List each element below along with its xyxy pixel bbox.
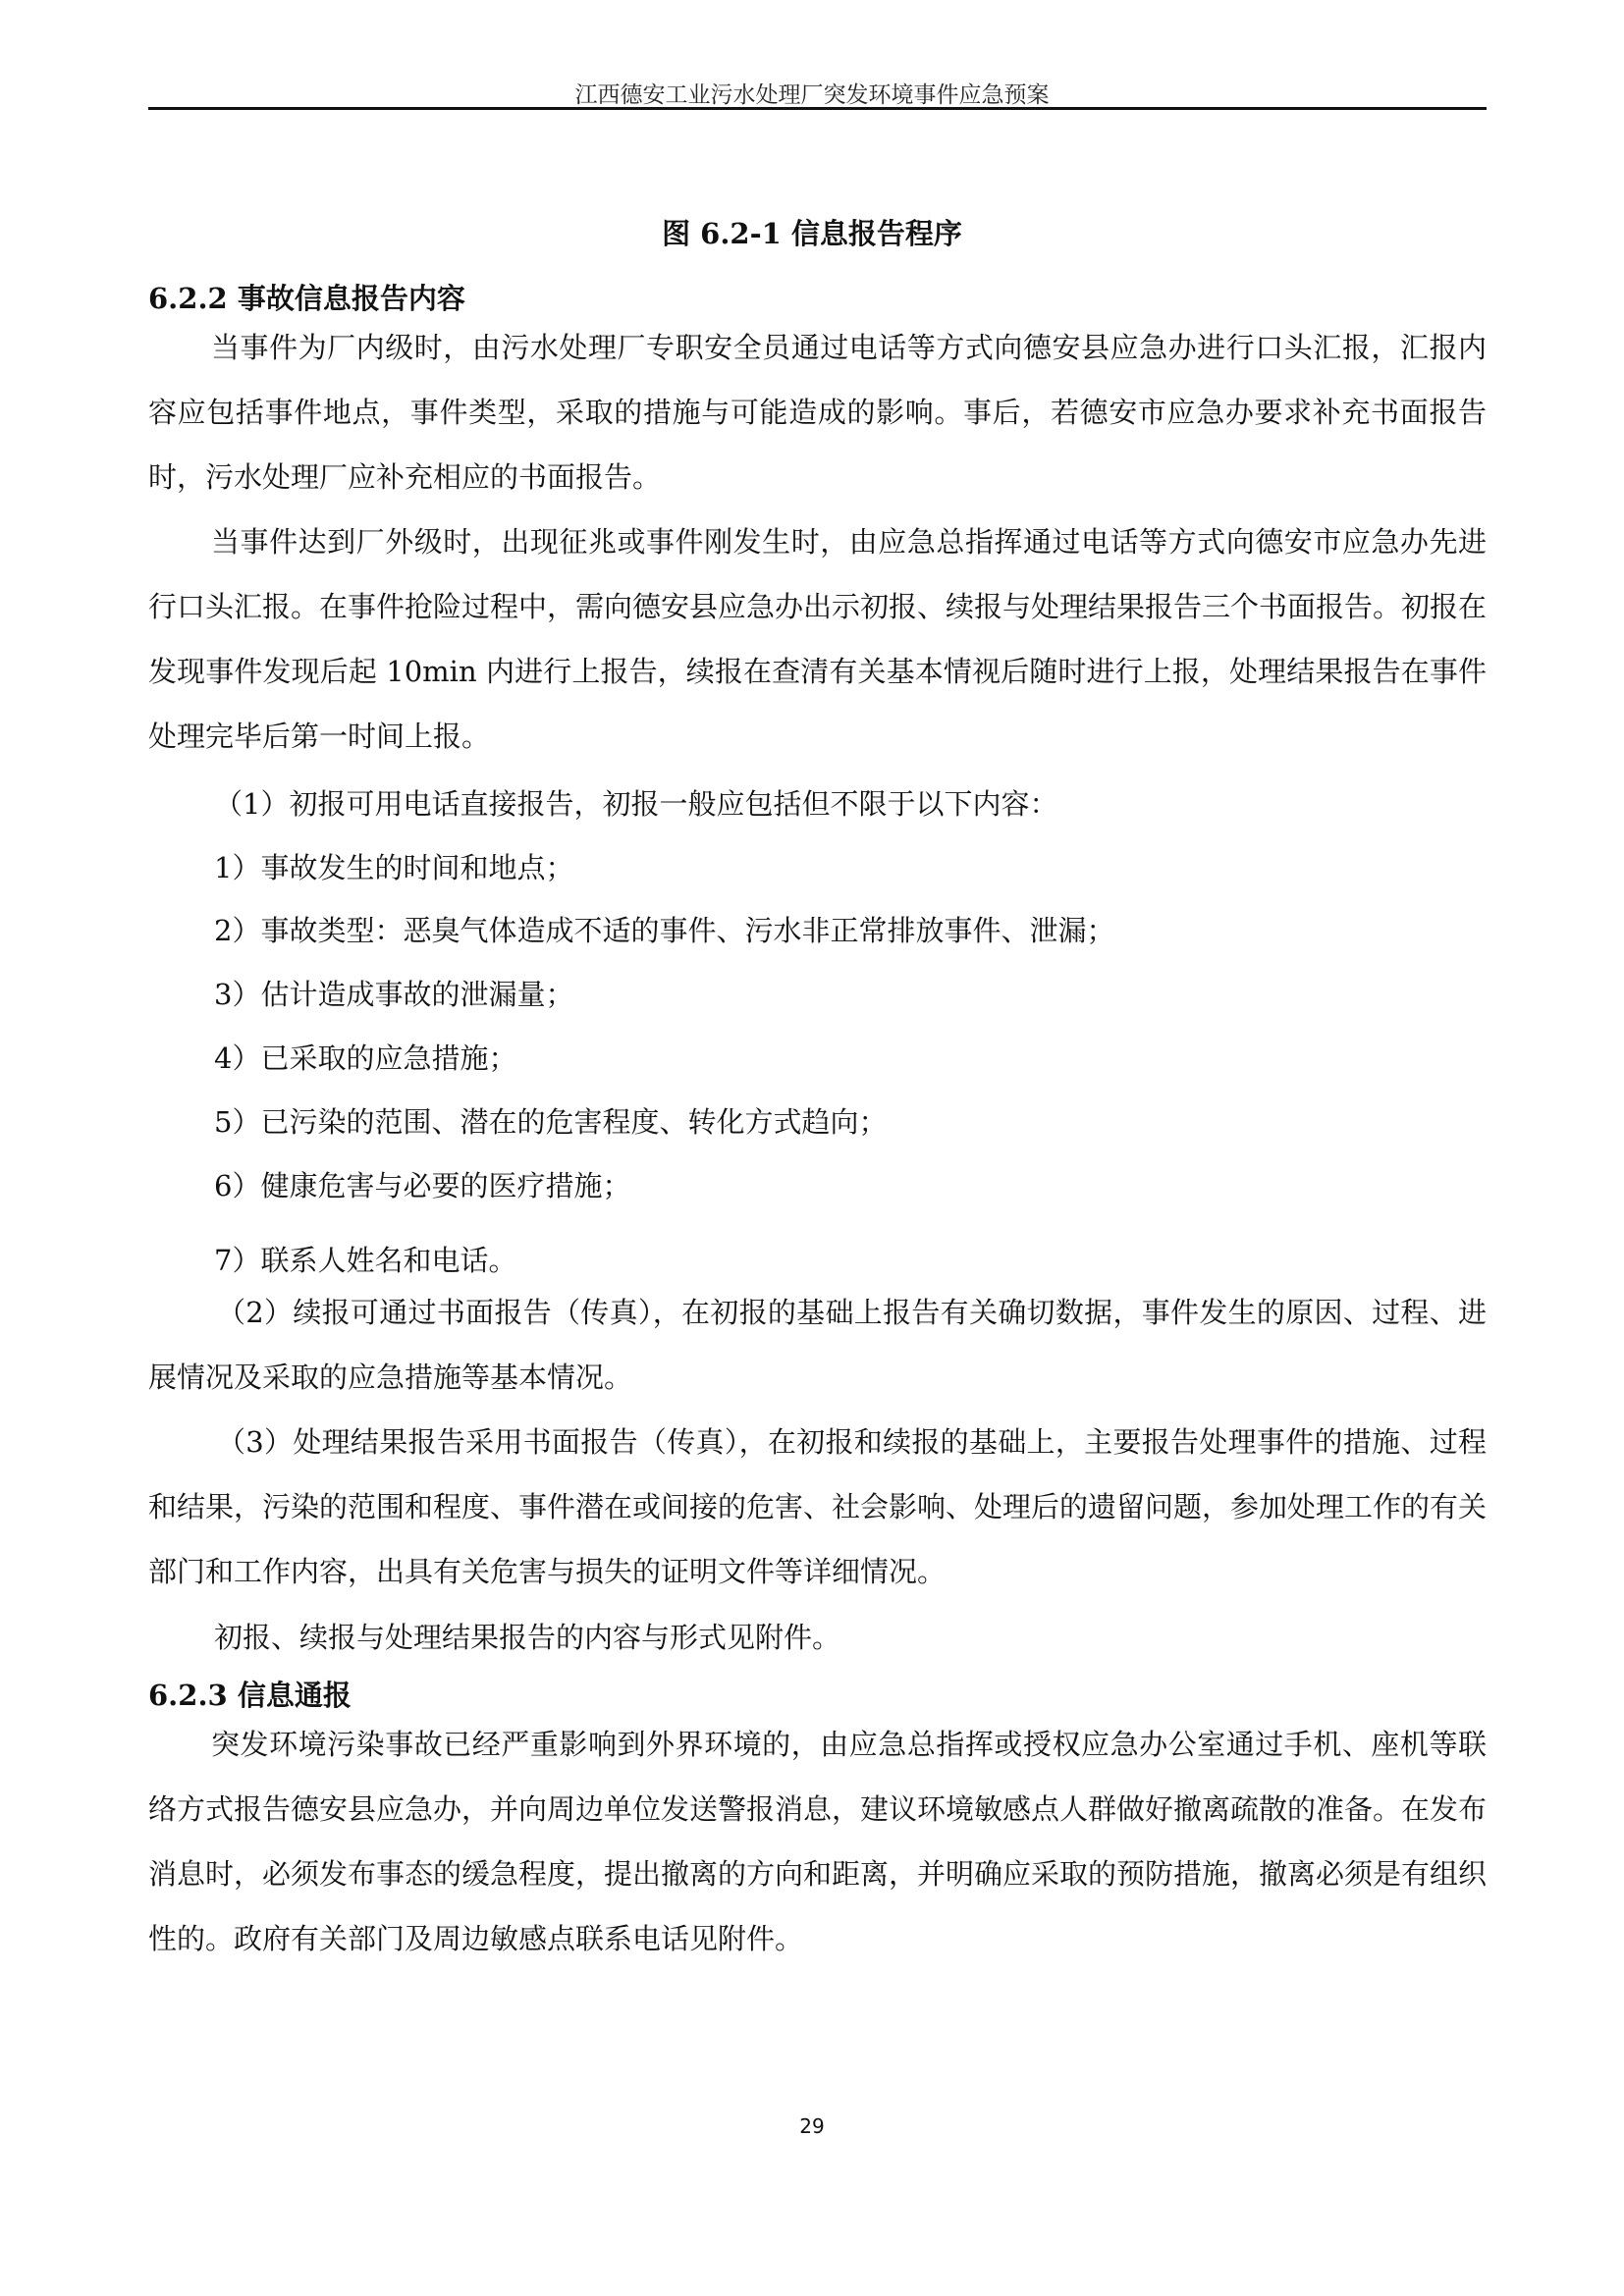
document-title: 江西德安工业污水处理厂突发环境事件应急预案 bbox=[0, 77, 1624, 109]
list-item: 5）已污染的范围、潜在的危害程度、转化方式趋向； bbox=[214, 1100, 887, 1141]
paragraph: 当事件为厂内级时，由污水处理厂专职安全员通过电话等方式向德安县应急办进行口头汇报… bbox=[148, 315, 1487, 509]
list-item: 4）已采取的应急措施； bbox=[214, 1037, 516, 1077]
section-heading-6-2-3: 6.2.3 信息通报 bbox=[148, 1674, 352, 1714]
paragraph: 突发环境污染事故已经严重影响到外界环境的，由应急总指挥或授权应急办公室通过手机、… bbox=[148, 1712, 1487, 1971]
paragraph: 当事件达到厂外级时，出现征兆或事件刚发生时，由应急总指挥通过电话等方式向德安市应… bbox=[148, 509, 1487, 769]
list-item: 6）健康危害与必要的医疗措施； bbox=[214, 1164, 630, 1204]
figure-caption: 图 6.2-1 信息报告程序 bbox=[0, 212, 1624, 252]
list-intro-initial-report: （1）初报可用电话直接报告，初报一般应包括但不限于以下内容： bbox=[214, 782, 1057, 823]
page-number: 29 bbox=[0, 2114, 1624, 2138]
paragraph-final-report: （3）处理结果报告采用书面报告（传真），在初报和续报的基础上，主要报告处理事件的… bbox=[148, 1410, 1487, 1604]
list-item: 2）事故类型：恶臭气体造成不适的事件、污水非正常排放事件、泄漏； bbox=[214, 909, 1114, 949]
paragraph-follow-up-report: （2）续报可通过书面报告（传真），在初报的基础上报告有关确切数据，事件发生的原因… bbox=[148, 1280, 1487, 1410]
list-item: 3）估计造成事故的泄漏量； bbox=[214, 973, 573, 1013]
header-divider bbox=[148, 107, 1487, 110]
section-heading-6-2-2: 6.2.2 事故信息报告内容 bbox=[148, 277, 465, 317]
list-item: 7）联系人姓名和电话。 bbox=[214, 1239, 516, 1279]
list-item: 1）事故发生的时间和地点； bbox=[214, 846, 573, 886]
paragraph-closing: 初报、续报与处理结果报告的内容与形式见附件。 bbox=[214, 1616, 840, 1656]
